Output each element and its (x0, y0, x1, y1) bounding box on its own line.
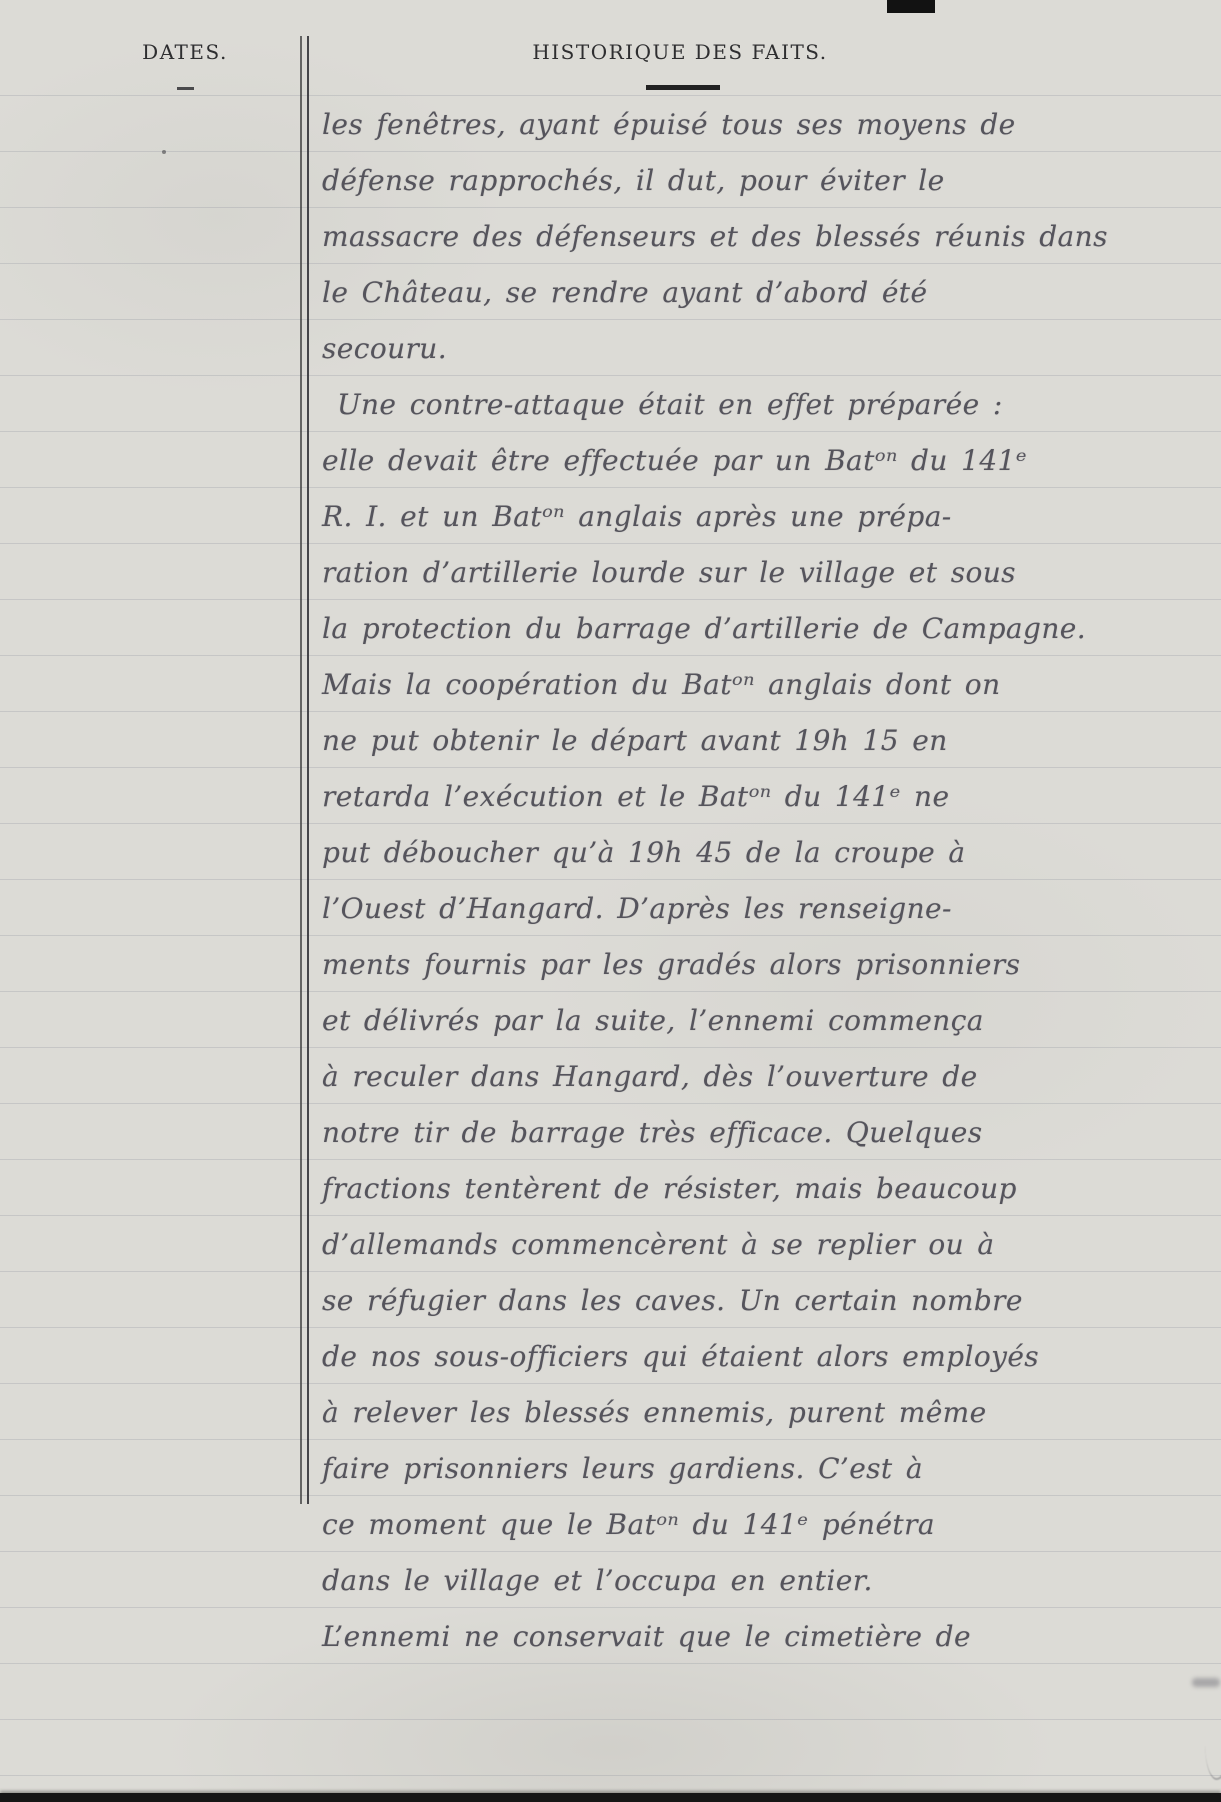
scanned-war-diary-page: { "header": { "dates": "DATES.", "histor… (0, 0, 1221, 1802)
manuscript-line: massacre des défenseurs et des blessés r… (322, 209, 1022, 265)
manuscript-line: le Château, se rendre ayant d’abord été (322, 265, 1022, 321)
scan-artifact-top-mark (887, 0, 935, 13)
historique-header: HISTORIQUE DES FAITS. (420, 40, 940, 64)
manuscript-line: la protection du barrage d’artillerie de… (322, 601, 1022, 657)
manuscript-line: ne put obtenir le départ avant 19h 15 en (322, 713, 1022, 769)
manuscript-line: faire prisonniers leurs gardiens. C’est … (322, 1441, 1022, 1497)
manuscript-line: à reculer dans Hangard, dès l’ouverture … (322, 1049, 1022, 1105)
dates-column-header: DATES. (128, 40, 242, 64)
manuscript-line: de nos sous-officiers qui étaient alors … (322, 1329, 1022, 1385)
manuscript-line: put déboucher qu’à 19h 45 de la croupe à (322, 825, 1022, 881)
manuscript-line: notre tir de barrage très efficace. Quel… (322, 1105, 1022, 1161)
manuscript-line: retarda l’exécution et le Batᵒⁿ du 141ᵉ … (322, 769, 1022, 825)
manuscript-line: se réfugier dans les caves. Un certain n… (322, 1273, 1022, 1329)
manuscript-line: les fenêtres, ayant épuisé tous ses moye… (322, 97, 1022, 153)
manuscript-line: à relever les blessés ennemis, purent mê… (322, 1385, 1022, 1441)
pen-squiggle-right-edge (1205, 1692, 1221, 1780)
manuscript-line: R. I. et un Batᵒⁿ anglais après une prép… (322, 489, 1022, 545)
dates-underline-dash (177, 87, 194, 90)
column-divider-right-rule (307, 36, 309, 1504)
manuscript-line: ments fournis par les gradés alors priso… (322, 937, 1022, 993)
manuscript-line: d’allemands commencèrent à se replier ou… (322, 1217, 1022, 1273)
scan-edge-bottom-bar (0, 1793, 1221, 1802)
manuscript-line: Mais la coopération du Batᵒⁿ anglais don… (322, 657, 1022, 713)
manuscript-line: Une contre-attaque était en effet prépar… (322, 377, 1022, 433)
manuscript-line: dans le village et l’occupa en entier. (322, 1553, 1022, 1609)
manuscript-line: ration d’artillerie lourde sur le villag… (322, 545, 1022, 601)
manuscript-line: L’ennemi ne conservait que le cimetière … (322, 1609, 1022, 1665)
manuscript-line: et délivrés par la suite, l’ennemi comme… (322, 993, 1022, 1049)
manuscript: les fenêtres, ayant épuisé tous ses moye… (322, 97, 1022, 1665)
manuscript-line: secouru. (322, 321, 1022, 377)
manuscript-line: l’Ouest d’Hangard. D’après les renseigne… (322, 881, 1022, 937)
ink-speck (162, 150, 166, 154)
historique-underline (646, 85, 720, 90)
column-divider-left-rule (300, 36, 302, 1504)
manuscript-line: défense rapprochés, il dut, pour éviter … (322, 153, 1022, 209)
ink-smudge (1192, 1678, 1220, 1687)
manuscript-line: elle devait être effectuée par un Batᵒⁿ … (322, 433, 1022, 489)
manuscript-line: fractions tentèrent de résister, mais be… (322, 1161, 1022, 1217)
manuscript-line: ce moment que le Batᵒⁿ du 141ᵉ pénétra (322, 1497, 1022, 1553)
